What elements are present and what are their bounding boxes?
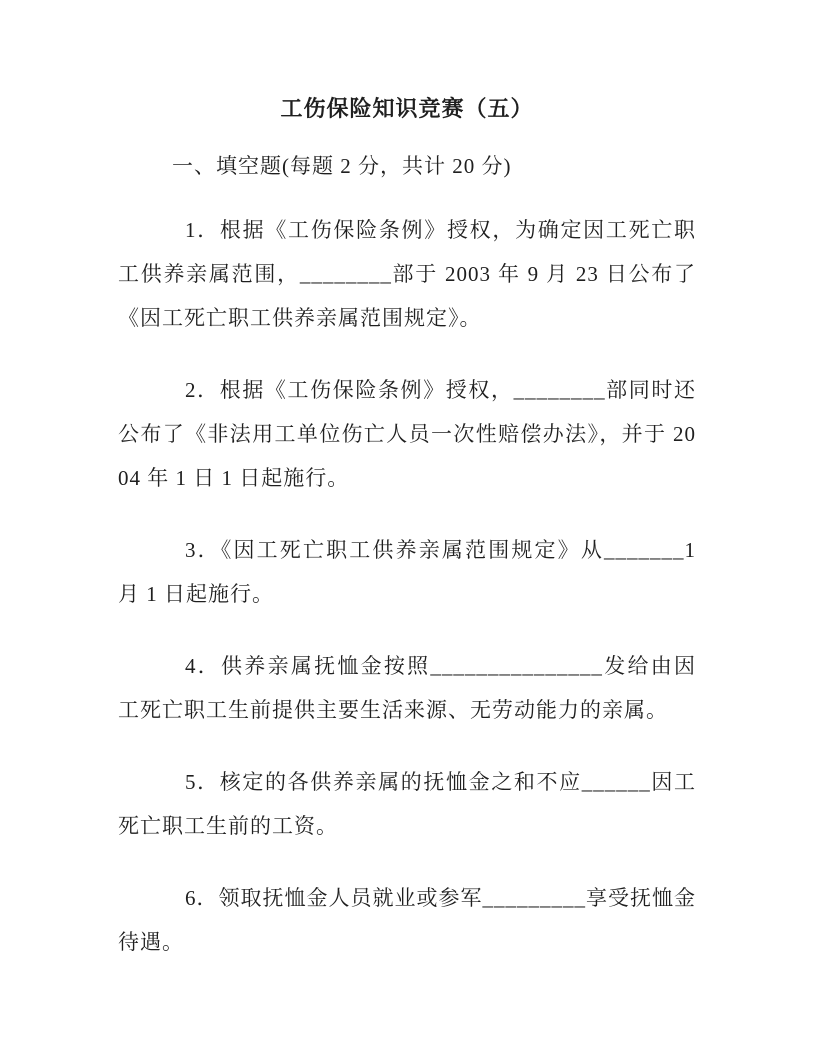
question-5: 5．核定的各供养亲属的抚恤金之和不应______因工死亡职工生前的工资。 <box>118 760 696 848</box>
question-1: 1．根据《工伤保险条例》授权，为确定因工死亡职工供养亲属范围，________部… <box>118 208 696 340</box>
document-title: 工伤保险知识竞赛（五） <box>118 94 696 124</box>
question-6: 6．领取抚恤金人员就业或参军_________享受抚恤金待遇。 <box>118 876 696 964</box>
document-page: 工伤保险知识竞赛（五） 一、填空题(每题 2 分，共计 20 分) 1．根据《工… <box>0 0 816 1056</box>
question-3: 3．《因工死亡职工供养亲属范围规定》从_______1 月 1 日起施行。 <box>118 528 696 616</box>
question-2: 2．根据《工伤保险条例》授权，________部同时还公布了《非法用工单位伤亡人… <box>118 368 696 500</box>
section-heading-fill-in-blanks: 一、填空题(每题 2 分，共计 20 分) <box>118 150 696 182</box>
question-4: 4．供养亲属抚恤金按照_______________发给由因工死亡职工生前提供主… <box>118 644 696 732</box>
